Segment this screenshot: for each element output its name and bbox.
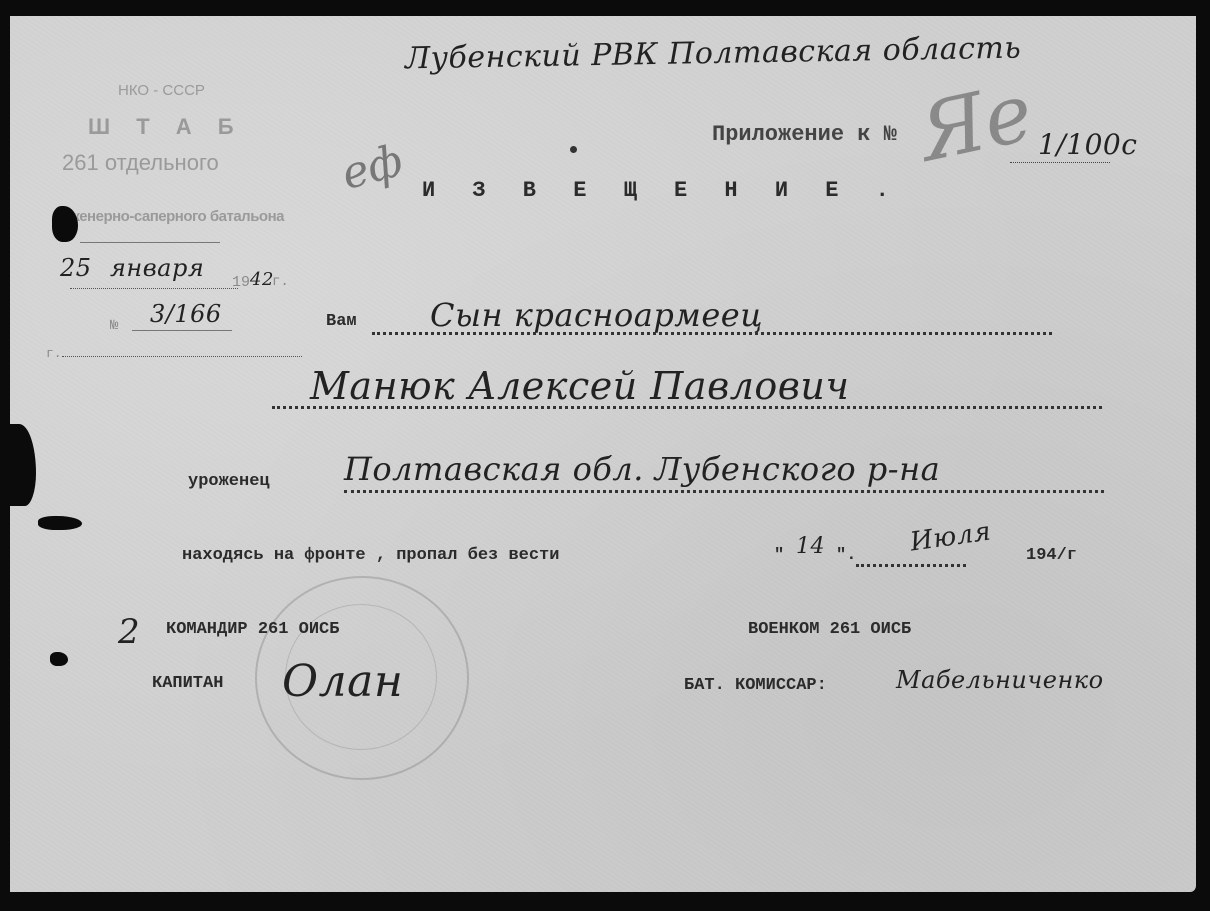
city-dotted-line bbox=[62, 356, 302, 357]
birthplace-dotted-line bbox=[344, 490, 1104, 493]
missing-date-day: 14 bbox=[796, 534, 825, 559]
document-title: И З В Е Щ Е Н И Е . bbox=[422, 178, 901, 203]
commissar-title: ВОЕНКОМ 261 ОИСБ bbox=[748, 620, 911, 639]
name-dotted-line bbox=[272, 406, 1102, 409]
paper-hole-1 bbox=[52, 206, 78, 242]
commander-signature: Олан bbox=[282, 656, 403, 707]
margin-mark: 2 bbox=[118, 612, 140, 652]
stamp-line-nko: НКО - СССР bbox=[118, 82, 205, 99]
appendix-dotted-line bbox=[1010, 162, 1110, 163]
paper-tear-left bbox=[8, 424, 36, 506]
date-open-quote: " bbox=[774, 546, 784, 565]
stamp-date-day: 25 bbox=[60, 254, 92, 282]
stamp-date-month: января bbox=[110, 254, 204, 282]
birthplace-label: уроженец bbox=[188, 472, 270, 491]
commander-rank: КАПИТАН bbox=[152, 674, 223, 693]
header-annotation: Лубенский РВК Полтавская область bbox=[405, 31, 1022, 77]
commander-title: КОМАНДИР 261 ОИСБ bbox=[166, 620, 339, 639]
date-dotted-line-2 bbox=[856, 564, 966, 567]
birthplace-value: Полтавская обл. Лубенского р-на bbox=[344, 450, 940, 488]
dot-mark bbox=[570, 146, 577, 153]
paper-hole-3 bbox=[50, 652, 68, 666]
stamp-city-label: г. bbox=[46, 346, 62, 361]
missing-date-year: 194/г bbox=[1026, 546, 1077, 565]
stamp-line-unit: 261 отдельного bbox=[62, 150, 219, 176]
pencil-margin-note: еф bbox=[336, 135, 408, 200]
commissar-rank: БАТ. КОМИССАР: bbox=[684, 676, 827, 695]
to-dotted-line bbox=[372, 332, 1052, 335]
date-close-quote: ". bbox=[836, 546, 856, 565]
soldier-name: Манюк Алексей Павлович bbox=[310, 364, 850, 408]
stamp-date-year: 42 bbox=[250, 269, 274, 290]
stamp-line-shtab: Ш Т А Б bbox=[88, 114, 244, 140]
missing-date-month: Июля bbox=[908, 516, 993, 557]
appendix-label: Приложение к № bbox=[712, 122, 897, 147]
number-underline bbox=[132, 330, 232, 331]
stamp-underline bbox=[80, 242, 220, 243]
status-text: находясь на фронте , пропал без вести bbox=[182, 546, 559, 565]
paper-hole-2 bbox=[38, 516, 82, 530]
stamp-number-label: № bbox=[110, 318, 118, 334]
date-dotted-line bbox=[70, 288, 238, 289]
to-label: Вам bbox=[326, 312, 357, 331]
to-value: Сын красноармеец bbox=[430, 296, 763, 334]
stamp-line-battalion: инженерно-саперного батальона bbox=[52, 208, 284, 225]
appendix-value: 1/100с bbox=[1038, 128, 1137, 161]
commissar-signature: Мабельниченко bbox=[896, 666, 1104, 694]
notice-paper: Лубенский РВК Полтавская область НКО - С… bbox=[10, 16, 1196, 892]
stamp-number-value: 3/166 bbox=[150, 300, 222, 328]
stamp-date-year-end: г. bbox=[272, 274, 289, 290]
